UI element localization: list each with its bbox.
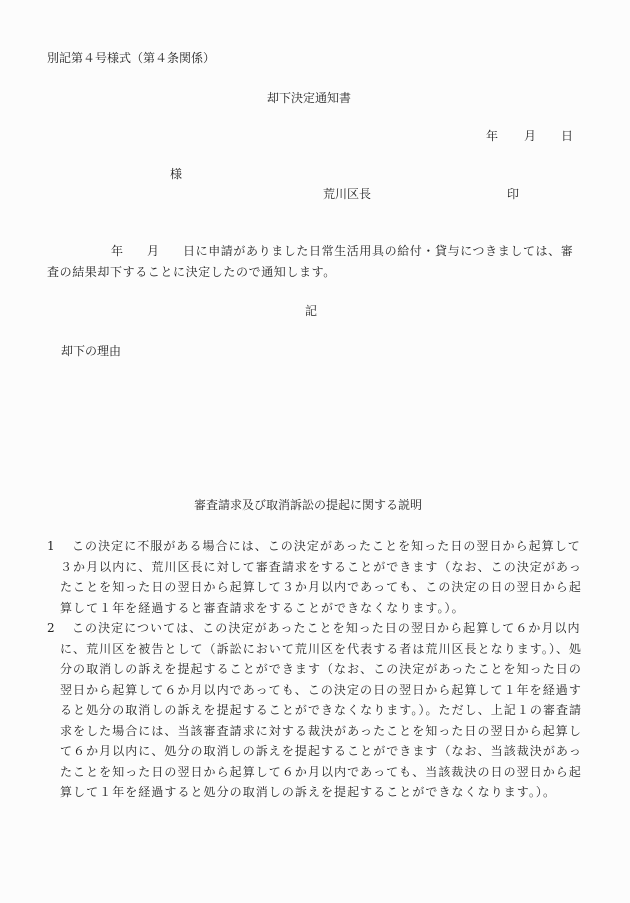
date-month-label: 月 <box>524 128 536 144</box>
sender-name: 荒川区長 <box>323 186 371 202</box>
explanation-item-number: 2 <box>47 618 56 639</box>
date-year-label: 年 <box>486 128 498 144</box>
explanation-item-text: この決定に不服がある場合には、この決定があったことを知った日の翌日から起算して３… <box>60 539 582 615</box>
explanation-item-text: この決定については、この決定があったことを知った日の翌日から起算して６か月以内に… <box>60 621 582 799</box>
explanation-list: 1 この決定に不服がある場合には、この決定があったことを知った日の翌日から起算し… <box>47 536 587 803</box>
explanation-item-number: 1 <box>47 536 56 557</box>
explanation-item: 1 この決定に不服がある場合には、この決定があったことを知った日の翌日から起算し… <box>47 536 587 618</box>
ki-heading: 記 <box>305 303 317 319</box>
document-title: 却下決定通知書 <box>267 90 351 106</box>
recipient-suffix: 様 <box>170 166 182 182</box>
reason-label: 却下の理由 <box>61 343 121 359</box>
body-paragraph-line-2: 査の結果却下することに決定したので通知します。 <box>47 264 336 280</box>
seal-mark: 印 <box>507 186 519 202</box>
form-label: 別記第４号様式（第４条関係） <box>47 50 215 66</box>
explanation-item: 2 この決定については、この決定があったことを知った日の翌日から起算して６か月以… <box>47 618 587 803</box>
body-year-label: 年 <box>111 243 123 259</box>
date-day-label: 日 <box>561 128 573 144</box>
body-text: 日に申請がありました日常生活用具の給付・貸与につきましては、審 <box>183 243 573 259</box>
body-month-label: 月 <box>147 243 159 259</box>
explanation-title: 審査請求及び取消訴訟の提起に関する説明 <box>194 497 422 513</box>
